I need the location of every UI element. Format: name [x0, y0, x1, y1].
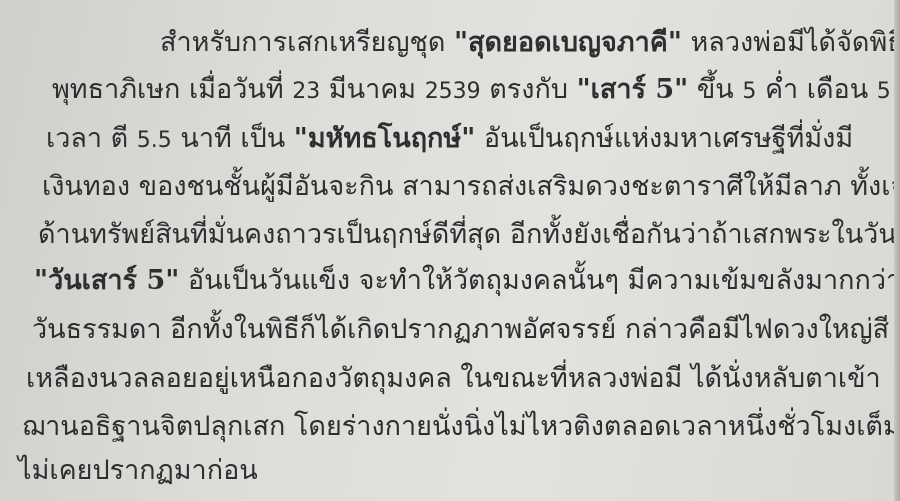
- page-edge-shadow: [894, 0, 900, 501]
- text-line-5: ด้านทรัพย์สินที่มั่นคงถาวรเป็นฤกษ์ดีที่ส…: [38, 218, 897, 252]
- time-value: 5.5: [137, 128, 172, 153]
- lunar-month: 5: [877, 79, 891, 104]
- line-2-seg-7: ขึ้น: [688, 74, 742, 105]
- printed-page: สำหรับการเสกเหรียญชุด "สุดยอดเบญจภาคี" ห…: [0, 0, 900, 501]
- text-line-2: พุทธาภิเษก เมื่อวันที่ 23 มีนาคม 2539 ตร…: [52, 73, 891, 109]
- text-line-10: ไม่เคยปรากฏมาก่อน: [18, 454, 258, 488]
- line-5-text: ด้านทรัพย์สินที่มั่นคงถาวรเป็นฤกษ์ดีที่ส…: [38, 219, 897, 250]
- line-8-text: เหลืองนวลลอยอยู่เหนือกองวัตถุมงคล ในขณะท…: [26, 363, 881, 394]
- line-10-text: ไม่เคยปรากฏมาก่อน: [18, 455, 258, 486]
- saturday-5-day-term: "วันเสาร์ 5": [34, 265, 179, 296]
- text-line-6: "วันเสาร์ 5" อันเป็นวันแข็ง จะทำให้วัตถุ…: [34, 264, 900, 298]
- coin-set-title: "สุดยอดเบญจภาคี": [454, 27, 682, 58]
- text-line-7: วันธรรมดา อีกทั้งในพิธีก็ได้เกิดปรากฏภาพ…: [32, 313, 889, 347]
- text-line-4: เงินทอง ของชนชั้นผู้มีอันจะกิน สามารถส่ง…: [42, 170, 900, 204]
- date-year: 2539: [425, 79, 481, 104]
- line-9-text: ฌานอธิฐานจิตปลุกเสก โดยร่างกายนั่งนิ่งไม…: [22, 411, 900, 442]
- line-4-text: เงินทอง ของชนชั้นผู้มีอันจะกิน สามารถส่ง…: [42, 171, 900, 202]
- line-3-seg-3: นาที เป็น: [172, 123, 294, 154]
- line-2-seg-5: ตรงกับ: [481, 74, 577, 105]
- line-3-seg-1: เวลา ตี: [46, 123, 137, 154]
- saturday-5-term: "เสาร์ 5": [577, 74, 689, 105]
- line-3-seg-5: อันเป็นฤกษ์แห่งมหาเศรษฐีที่มั่งมี: [475, 123, 853, 154]
- line-2-seg-9: ค่ำ เดือน: [756, 74, 876, 105]
- line-1-seg-1: สำหรับการเสกเหรียญชุด: [160, 27, 454, 58]
- line-2-seg-1: พุทธาภิเษก เมื่อวันที่: [52, 74, 292, 105]
- line-7-text: วันธรรมดา อีกทั้งในพิธีก็ได้เกิดปรากฏภาพ…: [32, 314, 889, 345]
- text-line-1: สำหรับการเสกเหรียญชุด "สุดยอดเบญจภาคี" ห…: [160, 26, 900, 60]
- text-line-3: เวลา ตี 5.5 นาที เป็น "มหัทธโนฤกษ์" อันเ…: [46, 122, 853, 158]
- line-6-seg-2: อันเป็นวันแข็ง จะทำให้วัตถุมงคลนั้นๆ มีค…: [179, 265, 900, 296]
- line-1-seg-3: หลวงพ่อมีได้จัดพิธี: [682, 27, 900, 58]
- text-line-9: ฌานอธิฐานจิตปลุกเสก โดยร่างกายนั่งนิ่งไม…: [22, 410, 900, 444]
- line-2-seg-3: มีนาคม: [320, 74, 424, 105]
- date-day: 23: [292, 79, 320, 104]
- text-line-8: เหลืองนวลลอยอยู่เหนือกองวัตถุมงคล ในขณะท…: [26, 362, 881, 396]
- lunar-day: 5: [742, 79, 756, 104]
- auspicious-time-name: "มหัทธโนฤกษ์": [294, 123, 475, 154]
